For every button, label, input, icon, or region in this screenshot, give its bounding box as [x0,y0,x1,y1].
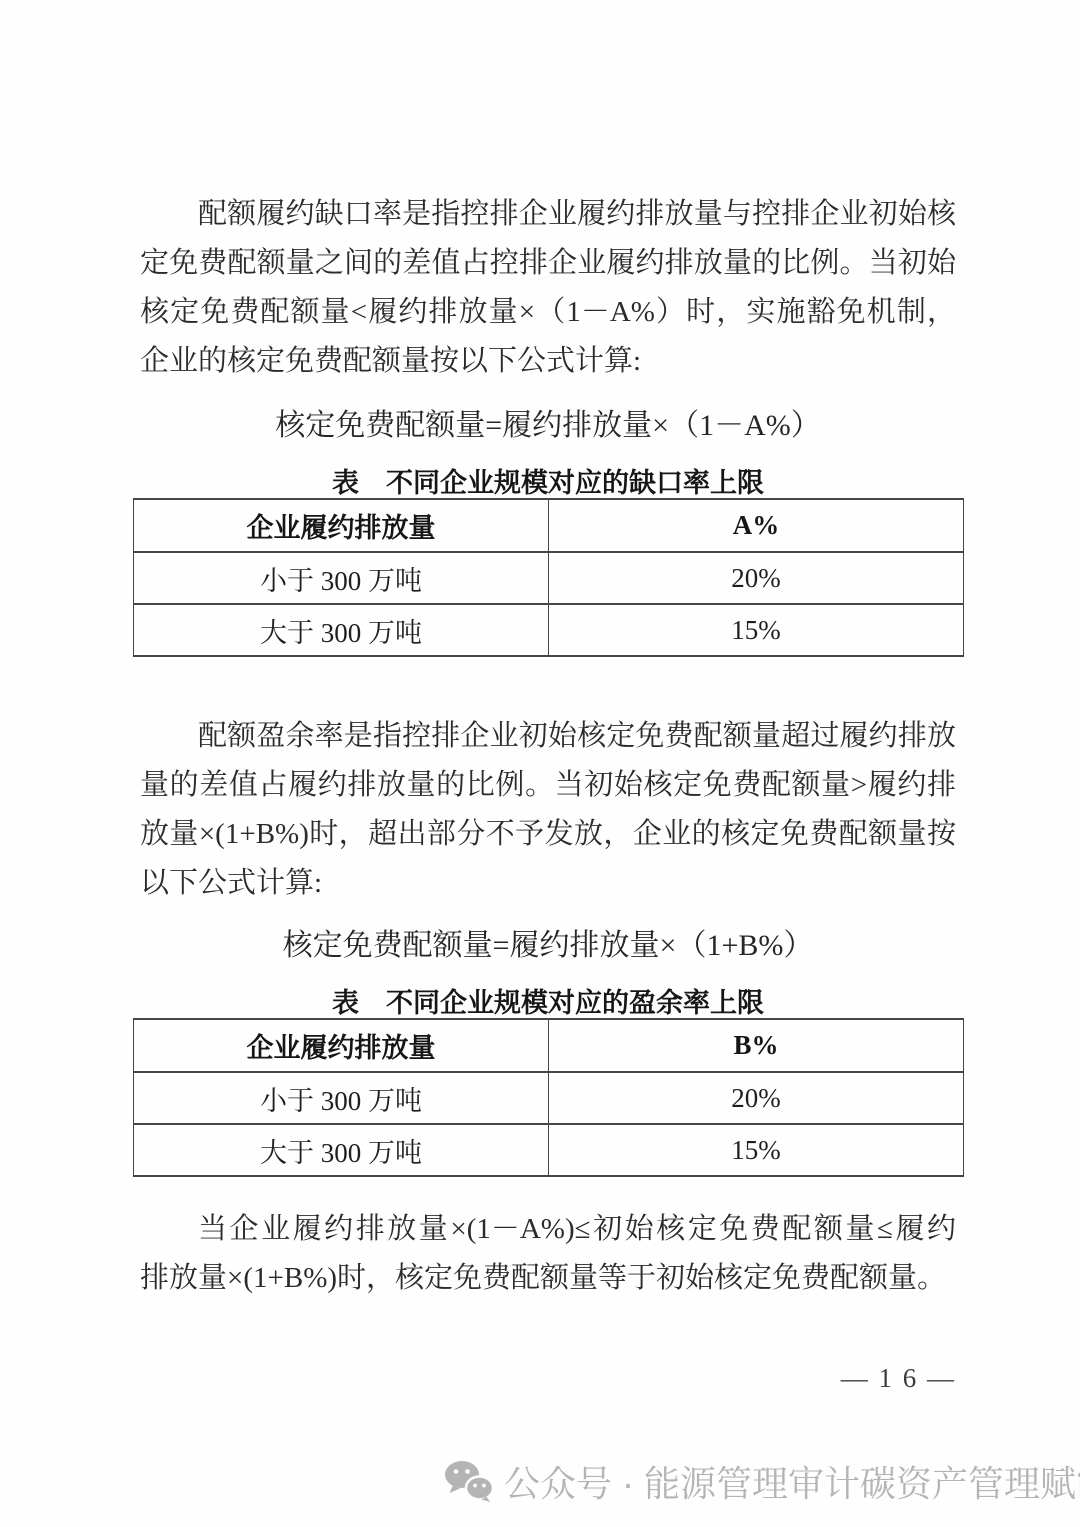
table-header-emission: 企业履约排放量 [134,499,549,552]
text-line: 以下公式计算: [140,859,956,908]
paragraph-surplus-rate: 配额盈余率是指控排企业初始核定免费配额量超过履约排放 量的差值占履约排放量的比例… [140,712,956,908]
surplus-rate-table: 企业履约排放量 B% 小于 300 万吨 20% 大于 300 万吨 15% [133,1018,964,1177]
table-cell-value: 20% [549,1072,964,1124]
text-line: 配额履约缺口率是指控排企业履约排放量与控排企业初始核 [140,190,956,239]
table-cell-value: 15% [549,604,964,656]
formula-surplus-rate: 核定免费配额量=履约排放量×（1+B%） [140,920,956,964]
text-line: 企业的核定免费配额量按以下公式计算: [140,337,956,386]
table-caption-gap-rate: 表 不同企业规模对应的缺口率上限 [140,461,956,500]
page-number: — 1 6 — [140,1363,956,1394]
gap-rate-table: 企业履约排放量 A% 小于 300 万吨 20% 大于 300 万吨 15% [133,498,964,657]
table-cell-value: 15% [549,1124,964,1176]
table-header-emission: 企业履约排放量 [134,1019,549,1072]
table-header-row: 企业履约排放量 B% [134,1019,964,1072]
watermark-text: 公众号 · 能源管理审计碳资产管理赋能社 [504,1456,1080,1507]
table-cell-size: 小于 300 万吨 [134,552,549,604]
table-row: 大于 300 万吨 15% [134,604,964,656]
table-caption-surplus-rate: 表 不同企业规模对应的盈余率上限 [140,981,956,1020]
table-cell-size: 小于 300 万吨 [134,1072,549,1124]
text-line: 当企业履约排放量×(1－A%)≤初始核定免费配额量≤履约 [140,1205,956,1254]
table-row: 小于 300 万吨 20% [134,552,964,604]
document-page: 配额履约缺口率是指控排企业履约排放量与控排企业初始核 定免费配额量之间的差值占控… [0,0,1080,1527]
text-line: 核定免费配额量<履约排放量×（1－A%）时，实施豁免机制， [140,288,956,337]
table-header-rate-a: A% [549,499,964,552]
table-header-row: 企业履约排放量 A% [134,499,964,552]
table-row: 大于 300 万吨 15% [134,1124,964,1176]
table-header-rate-b: B% [549,1019,964,1072]
text-line: 排放量×(1+B%)时，核定免费配额量等于初始核定免费配额量。 [140,1254,956,1303]
table-cell-size: 大于 300 万吨 [134,604,549,656]
paragraph-gap-rate: 配额履约缺口率是指控排企业履约排放量与控排企业初始核 定免费配额量之间的差值占控… [140,190,956,386]
wechat-icon [444,1460,494,1502]
watermark: 公众号 · 能源管理审计碳资产管理赋能社 [444,1458,1080,1504]
table-cell-size: 大于 300 万吨 [134,1124,549,1176]
table-cell-value: 20% [549,552,964,604]
text-line: 放量×(1+B%)时，超出部分不予发放，企业的核定免费配额量按 [140,810,956,859]
table-row: 小于 300 万吨 20% [134,1072,964,1124]
paragraph-equality-condition: 当企业履约排放量×(1－A%)≤初始核定免费配额量≤履约 排放量×(1+B%)时… [140,1205,956,1303]
text-line: 配额盈余率是指控排企业初始核定免费配额量超过履约排放 [140,712,956,761]
text-line: 定免费配额量之间的差值占控排企业履约排放量的比例。当初始 [140,239,956,288]
formula-gap-rate: 核定免费配额量=履约排放量×（1－A%） [140,400,956,444]
text-line: 量的差值占履约排放量的比例。当初始核定免费配额量>履约排 [140,761,956,810]
